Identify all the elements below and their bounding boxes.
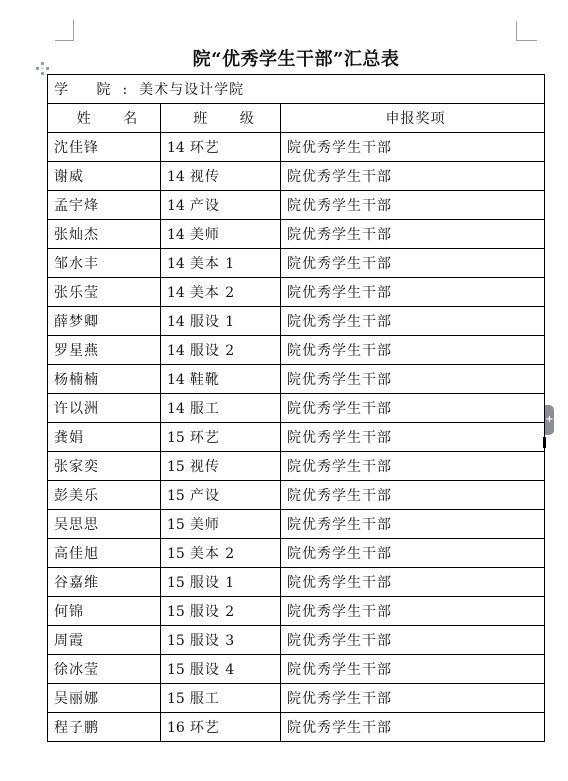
- class-major: 鞋靴: [190, 372, 220, 388]
- cell-award[interactable]: 院优秀学生干部: [281, 713, 545, 742]
- table-row: 程子鹏16环艺院优秀学生干部: [48, 713, 545, 742]
- table-row: 杨楠楠14鞋靴院优秀学生干部: [48, 365, 545, 394]
- header-name[interactable]: 姓 名: [48, 104, 161, 133]
- page-margin-corner-top-left: [55, 20, 74, 41]
- student-name: 谷嘉维: [54, 575, 99, 591]
- student-name: 邹水丰: [54, 256, 99, 272]
- class-year: 15: [167, 517, 185, 533]
- cell-name[interactable]: 沈佳锋: [48, 133, 161, 162]
- cell-award[interactable]: 院优秀学生干部: [281, 220, 545, 249]
- cell-name[interactable]: 张家奕: [48, 452, 161, 481]
- cell-award[interactable]: 院优秀学生干部: [281, 684, 545, 713]
- class-major: 环艺: [190, 140, 220, 156]
- table-row: 张家奕15视传院优秀学生干部: [48, 452, 545, 481]
- cell-name[interactable]: 周霞: [48, 626, 161, 655]
- cell-name[interactable]: 谢威: [48, 162, 161, 191]
- cell-award[interactable]: 院优秀学生干部: [281, 452, 545, 481]
- class-major: 服工: [190, 691, 220, 707]
- cell-award[interactable]: 院优秀学生干部: [281, 394, 545, 423]
- cell-name[interactable]: 吴丽娜: [48, 684, 161, 713]
- class-major: 服工: [190, 401, 220, 417]
- cell-name[interactable]: 张乐莹: [48, 278, 161, 307]
- table-row: 邹水丰14美本 1院优秀学生干部: [48, 249, 545, 278]
- student-name: 高佳旭: [54, 546, 99, 562]
- header-class[interactable]: 班 级: [161, 104, 281, 133]
- plus-icon: +: [545, 414, 553, 425]
- cell-award[interactable]: 院优秀学生干部: [281, 626, 545, 655]
- award-name: 院优秀学生干部: [287, 314, 392, 330]
- cell-class[interactable]: 14环艺: [161, 133, 281, 162]
- class-major: 服设 2: [190, 604, 235, 620]
- class-year: 15: [167, 633, 185, 649]
- class-year: 14: [167, 285, 185, 301]
- cell-name[interactable]: 高佳旭: [48, 539, 161, 568]
- table-row: 张乐莹14美本 2院优秀学生干部: [48, 278, 545, 307]
- cell-name[interactable]: 程子鹏: [48, 713, 161, 742]
- cell-class[interactable]: 15环艺: [161, 423, 281, 452]
- award-name: 院优秀学生干部: [287, 546, 392, 562]
- student-name: 杨楠楠: [54, 372, 99, 388]
- cell-class[interactable]: 14美师: [161, 220, 281, 249]
- award-name: 院优秀学生干部: [287, 633, 392, 649]
- class-year: 16: [167, 720, 185, 736]
- table-row: 谷嘉维15服设 1院优秀学生干部: [48, 568, 545, 597]
- award-name: 院优秀学生干部: [287, 430, 392, 446]
- class-year: 14: [167, 401, 185, 417]
- student-name: 沈佳锋: [54, 140, 99, 156]
- table-row: 徐冰莹15服设 4院优秀学生干部: [48, 655, 545, 684]
- class-year: 15: [167, 459, 185, 475]
- class-year: 15: [167, 662, 185, 678]
- cell-award[interactable]: 院优秀学生干部: [281, 307, 545, 336]
- cell-award[interactable]: 院优秀学生干部: [281, 481, 545, 510]
- cell-class[interactable]: 15服设 2: [161, 597, 281, 626]
- award-name: 院优秀学生干部: [287, 604, 392, 620]
- cell-award[interactable]: 院优秀学生干部: [281, 133, 545, 162]
- class-major: 服设 2: [190, 343, 235, 359]
- class-year: 14: [167, 343, 185, 359]
- class-year: 14: [167, 314, 185, 330]
- class-major: 产设: [190, 488, 220, 504]
- table-row: 薛梦卿14服设 1院优秀学生干部: [48, 307, 545, 336]
- award-name: 院优秀学生干部: [287, 517, 392, 533]
- table-row: 许以洲14服工院优秀学生干部: [48, 394, 545, 423]
- award-name: 院优秀学生干部: [287, 691, 392, 707]
- student-name: 何锦: [54, 604, 84, 620]
- class-year: 14: [167, 169, 185, 185]
- class-major: 服设 1: [190, 314, 235, 330]
- cell-award[interactable]: 院优秀学生干部: [281, 336, 545, 365]
- award-name: 院优秀学生干部: [287, 372, 392, 388]
- class-year: 14: [167, 256, 185, 272]
- table-row: 吴丽娜15服工院优秀学生干部: [48, 684, 545, 713]
- cell-award[interactable]: 院优秀学生干部: [281, 568, 545, 597]
- cell-award[interactable]: 院优秀学生干部: [281, 191, 545, 220]
- table-row: 张灿杰14美师院优秀学生干部: [48, 220, 545, 249]
- class-major: 产设: [190, 198, 220, 214]
- college-label: 学 院:: [54, 82, 139, 98]
- cell-name[interactable]: 邹水丰: [48, 249, 161, 278]
- class-year: 14: [167, 198, 185, 214]
- class-year: 15: [167, 691, 185, 707]
- add-row-button[interactable]: +: [545, 405, 554, 435]
- student-name: 吴思思: [54, 517, 99, 533]
- class-year: 14: [167, 227, 185, 243]
- header-row: 姓 名 班 级 申报奖项: [48, 104, 545, 133]
- cell-name[interactable]: 谷嘉维: [48, 568, 161, 597]
- document-title: 院“优秀学生干部”汇总表: [0, 45, 568, 71]
- cell-name[interactable]: 罗星燕: [48, 336, 161, 365]
- student-name: 彭美乐: [54, 488, 99, 504]
- award-name: 院优秀学生干部: [287, 169, 392, 185]
- cell-award[interactable]: 院优秀学生干部: [281, 539, 545, 568]
- college-row: 学 院:美术与设计学院: [48, 75, 545, 104]
- table-row: 孟宇烽14产设院优秀学生干部: [48, 191, 545, 220]
- table-row: 罗星燕14服设 2院优秀学生干部: [48, 336, 545, 365]
- cell-class[interactable]: 14服工: [161, 394, 281, 423]
- award-name: 院优秀学生干部: [287, 662, 392, 678]
- student-name: 张乐莹: [54, 285, 99, 301]
- award-name: 院优秀学生干部: [287, 459, 392, 475]
- table-row: 高佳旭15美本 2院优秀学生干部: [48, 539, 545, 568]
- class-major: 环艺: [190, 430, 220, 446]
- class-major: 美本 1: [190, 256, 235, 272]
- table-row: 龚娟15环艺院优秀学生干部: [48, 423, 545, 452]
- cell-award[interactable]: 院优秀学生干部: [281, 655, 545, 684]
- cell-class[interactable]: 14鞋靴: [161, 365, 281, 394]
- cell-name[interactable]: 吴思思: [48, 510, 161, 539]
- award-name: 院优秀学生干部: [287, 575, 392, 591]
- college-cell[interactable]: 学 院:美术与设计学院: [48, 75, 545, 104]
- cell-award[interactable]: 院优秀学生干部: [281, 597, 545, 626]
- cell-award[interactable]: 院优秀学生干部: [281, 423, 545, 452]
- cell-name[interactable]: 孟宇烽: [48, 191, 161, 220]
- award-name: 院优秀学生干部: [287, 140, 392, 156]
- cell-class[interactable]: 14美本 2: [161, 278, 281, 307]
- cell-name[interactable]: 彭美乐: [48, 481, 161, 510]
- cell-class[interactable]: 15美师: [161, 510, 281, 539]
- cell-class[interactable]: 14服设 1: [161, 307, 281, 336]
- class-year: 15: [167, 430, 185, 446]
- award-name: 院优秀学生干部: [287, 256, 392, 272]
- table-row: 彭美乐15产设院优秀学生干部: [48, 481, 545, 510]
- cell-name[interactable]: 杨楠楠: [48, 365, 161, 394]
- table-row: 周霞15服设 3院优秀学生干部: [48, 626, 545, 655]
- cell-award[interactable]: 院优秀学生干部: [281, 162, 545, 191]
- student-name: 徐冰莹: [54, 662, 99, 678]
- class-major: 环艺: [190, 720, 220, 736]
- student-name: 孟宇烽: [54, 198, 99, 214]
- student-name: 谢威: [54, 169, 84, 185]
- student-name: 罗星燕: [54, 343, 99, 359]
- class-year: 15: [167, 604, 185, 620]
- header-award[interactable]: 申报奖项: [281, 104, 545, 133]
- cell-class[interactable]: 15服设 3: [161, 626, 281, 655]
- cell-name[interactable]: 薛梦卿: [48, 307, 161, 336]
- student-name: 许以洲: [54, 401, 99, 417]
- award-name: 院优秀学生干部: [287, 720, 392, 736]
- college-value: 美术与设计学院: [139, 82, 244, 98]
- class-year: 15: [167, 575, 185, 591]
- class-major: 美本 2: [190, 546, 235, 562]
- class-year: 14: [167, 140, 185, 156]
- table-row: 吴思思15美师院优秀学生干部: [48, 510, 545, 539]
- cell-class[interactable]: 14视传: [161, 162, 281, 191]
- class-major: 美本 2: [190, 285, 235, 301]
- award-name: 院优秀学生干部: [287, 343, 392, 359]
- cell-award[interactable]: 院优秀学生干部: [281, 278, 545, 307]
- award-name: 院优秀学生干部: [287, 401, 392, 417]
- award-name: 院优秀学生干部: [287, 488, 392, 504]
- cell-class[interactable]: 14产设: [161, 191, 281, 220]
- class-major: 服设 1: [190, 575, 235, 591]
- cell-class[interactable]: 16环艺: [161, 713, 281, 742]
- class-major: 美师: [190, 227, 220, 243]
- class-major: 视传: [190, 169, 220, 185]
- cell-class[interactable]: 15服设 1: [161, 568, 281, 597]
- page-margin-corner-top-right: [516, 21, 537, 41]
- cell-class[interactable]: 15服工: [161, 684, 281, 713]
- student-name: 薛梦卿: [54, 314, 99, 330]
- table-row: 何锦15服设 2院优秀学生干部: [48, 597, 545, 626]
- student-name: 龚娟: [54, 430, 84, 446]
- cell-award[interactable]: 院优秀学生干部: [281, 510, 545, 539]
- cell-name[interactable]: 龚娟: [48, 423, 161, 452]
- cell-award[interactable]: 院优秀学生干部: [281, 365, 545, 394]
- award-name: 院优秀学生干部: [287, 198, 392, 214]
- summary-table: 学 院:美术与设计学院 姓 名 班 级 申报奖项 沈佳锋14环艺院优秀学生干部谢…: [47, 74, 545, 742]
- cell-name[interactable]: 许以洲: [48, 394, 161, 423]
- cell-class[interactable]: 15视传: [161, 452, 281, 481]
- student-name: 张家奕: [54, 459, 99, 475]
- award-name: 院优秀学生干部: [287, 285, 392, 301]
- class-major: 美师: [190, 517, 220, 533]
- cell-class[interactable]: 15美本 2: [161, 539, 281, 568]
- cell-class[interactable]: 14美本 1: [161, 249, 281, 278]
- cell-class[interactable]: 15服设 4: [161, 655, 281, 684]
- class-major: 服设 4: [190, 662, 235, 678]
- cell-name[interactable]: 何锦: [48, 597, 161, 626]
- class-year: 14: [167, 372, 185, 388]
- class-major: 服设 3: [190, 633, 235, 649]
- table-move-handle[interactable]: [36, 60, 49, 73]
- cell-name[interactable]: 徐冰莹: [48, 655, 161, 684]
- student-name: 程子鹏: [54, 720, 99, 736]
- table-row: 谢威14视传院优秀学生干部: [48, 162, 545, 191]
- student-name: 周霞: [54, 633, 84, 649]
- cell-class[interactable]: 14服设 2: [161, 336, 281, 365]
- student-name: 张灿杰: [54, 227, 99, 243]
- class-year: 15: [167, 488, 185, 504]
- cell-award[interactable]: 院优秀学生干部: [281, 249, 545, 278]
- class-year: 15: [167, 546, 185, 562]
- student-name: 吴丽娜: [54, 691, 99, 707]
- award-name: 院优秀学生干部: [287, 227, 392, 243]
- table-row: 沈佳锋14环艺院优秀学生干部: [48, 133, 545, 162]
- row-insert-marker: [543, 437, 546, 448]
- class-major: 视传: [190, 459, 220, 475]
- cell-class[interactable]: 15产设: [161, 481, 281, 510]
- cell-name[interactable]: 张灿杰: [48, 220, 161, 249]
